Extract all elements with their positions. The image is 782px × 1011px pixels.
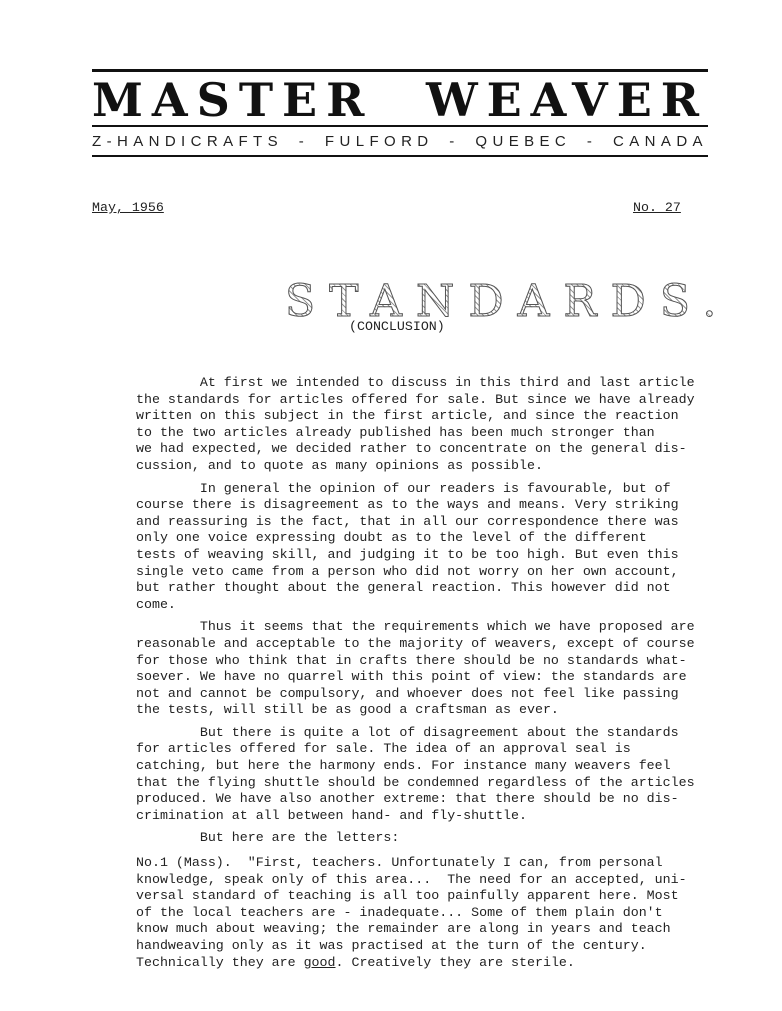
masthead-top-rule [92,69,708,72]
text-line: But there is quite a lot of disagreement… [136,725,746,742]
subtitle-separator: - [299,133,309,153]
text-line: soever. We have no quarrel with this poi… [136,669,746,686]
text-line: the tests, will still be as good a craft… [136,702,746,719]
text-line: In general the opinion of our readers is… [136,481,746,498]
text-line: written on this subject in the first art… [136,408,746,425]
subtitle-part: FULFORD [325,133,434,153]
masthead-bottom-rule [92,155,708,157]
text-line: and reassuring is the fact, that in all … [136,514,746,531]
text-line: produced. We have also another extreme: … [136,791,746,808]
text-line: tests of weaving skill, and judging it t… [136,547,746,564]
text-line: we had expected, we decided rather to co… [136,441,746,458]
article-paragraphs: At first we intended to discuss in this … [136,375,746,847]
subtitle-part: Z-HANDICRAFTS [92,133,283,153]
text-line: for those who think that in crafts there… [136,653,746,670]
letter-line: of the local teachers are - inadequate..… [136,905,746,922]
masthead-title-left: MASTER [92,77,373,123]
masthead-subtitle: Z-HANDICRAFTS - FULFORD - QUEBEC - CANAD… [92,133,708,153]
text-line: not and cannot be compulsory, and whoeve… [136,686,746,703]
subtitle-separator: - [587,133,597,153]
subtitle-part: QUEBEC [475,133,571,153]
letter-quote: No.1 (Mass). "First, teachers. Unfortuna… [136,855,746,955]
masthead-title-right: WEAVER [426,77,708,123]
letter-line: knowledge, speak only of this area... Th… [136,872,746,889]
text-line: At first we intended to discuss in this … [136,375,746,392]
text-line: reasonable and acceptable to the majorit… [136,636,746,653]
text-line: but rather thought about the general rea… [136,580,746,597]
text-line: come. [136,597,746,614]
text-line: for articles offered for sale. The idea … [136,741,746,758]
text-line: that the flying shuttle should be condem… [136,775,746,792]
issue-date: May, 1956 [92,200,164,215]
text-line: Thus it seems that the requirements whic… [136,619,746,636]
text-line: course there is disagreement as to the w… [136,497,746,514]
masthead-middle-rule [92,125,708,127]
letter-line: No.1 (Mass). "First, teachers. Unfortuna… [136,855,746,872]
text-line: crimination at all between hand- and fly… [136,808,746,825]
letter-line: know much about weaving; the remainder a… [136,921,746,938]
text-line: single veto came from a person who did n… [136,564,746,581]
letter-line: handweaving only as it was practised at … [136,938,746,955]
masthead-title: MASTER WEAVER [92,74,708,126]
text-line: But here are the letters: [136,830,746,847]
text-line: only one voice expressing doubt as to th… [136,530,746,547]
text-line: to the two articles already published ha… [136,425,746,442]
article-body: At first we intended to discuss in this … [136,375,746,971]
text-line: cussion, and to quote as many opinions a… [136,458,746,475]
issue-number: No. 27 [633,200,681,215]
underlined-word: good [304,955,336,970]
text-line: the standards for articles offered for s… [136,392,746,409]
text-line: catching, but here the harmony ends. For… [136,758,746,775]
article-subtitle: (CONCLUSION) [349,319,445,334]
subtitle-separator: - [449,133,459,153]
subtitle-part: CANADA [613,133,708,153]
letter-line: versal standard of teaching is all too p… [136,888,746,905]
letter-last-line: Technically they are good. Creatively th… [136,955,746,972]
